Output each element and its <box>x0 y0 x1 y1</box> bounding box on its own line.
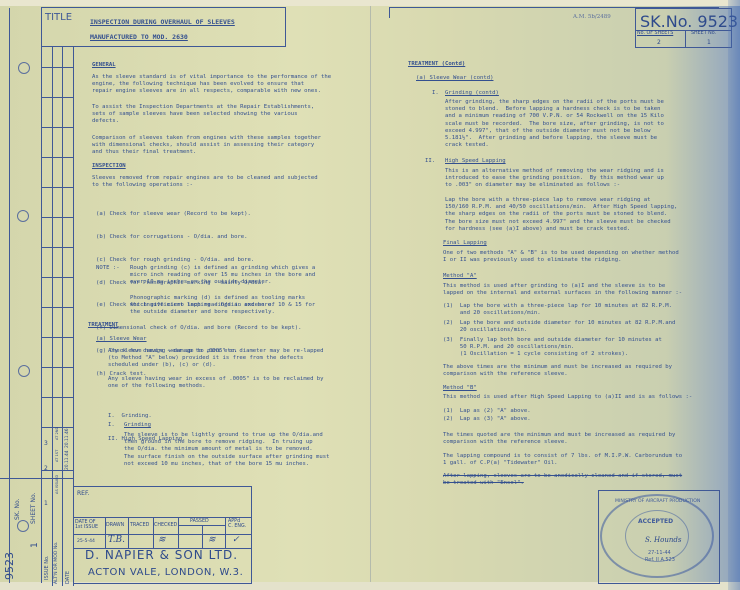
heading-method-b: Method "B" <box>443 385 477 392</box>
approved-label: APPd C. ENG. <box>228 519 246 529</box>
punch-hole <box>17 520 29 532</box>
alt-value-3: AT 2ND <box>55 427 59 440</box>
company-address: ACTON VALE, LONDON, W.3. <box>88 567 243 578</box>
heading-treatment-contd: TREATMENT (Contd) <box>408 61 465 68</box>
inspection-item: (b) Check for corrugations - O/dia. and … <box>96 234 301 242</box>
grid-line <box>41 307 73 308</box>
block-divider <box>178 517 179 548</box>
hsl-paragraph-2: Lap the bore with a three-piece lap to r… <box>445 197 677 233</box>
hsl-paragraph-1: This is an alternative method of removin… <box>445 168 664 190</box>
block-divider <box>225 517 226 548</box>
inspection-intro: Sleeves removed from repair engines are … <box>92 175 318 189</box>
approved-signature: ✓ <box>232 535 240 545</box>
grinding-number: I. <box>108 422 115 429</box>
stamp-ring-text: MINISTRY OF AIRCRAFT PRODUCTION <box>615 499 700 504</box>
stamp-date: 27-11-44 <box>648 550 671 556</box>
punch-hole <box>17 210 29 222</box>
stamp-reference: Ref. II A.523 <box>645 557 675 563</box>
block-divider <box>178 525 225 526</box>
stamp-signature: S. Hounds <box>645 536 681 544</box>
no-of-sheets-label: No. OF SHEETS <box>637 31 673 36</box>
hsl-number: II. <box>425 158 435 165</box>
block-divider <box>202 525 203 548</box>
title-label: TITLE <box>45 12 72 23</box>
struck-paragraph: After lapping, sleeves are to be anodica… <box>443 473 682 487</box>
date-value-2: 20.11.44 <box>65 450 70 470</box>
sk-number: SK.No. 9523 <box>640 12 738 31</box>
side-sheet-number: 1 <box>30 542 40 548</box>
note-label: NOTE :- <box>96 265 120 272</box>
heading-sleeve-wear: (a) Sleeve Wear <box>96 336 147 343</box>
inspection-item: (a) Check for sleeve wear (Record to be … <box>96 211 301 219</box>
sheet-no-label: SHEET No. <box>691 31 716 36</box>
heading-treatment: TREATMENT <box>88 322 118 329</box>
company-name: D. NAPIER & SON LTD. <box>85 548 238 562</box>
drawn-label: DRAWN <box>106 523 124 528</box>
side-sk-number: 9523 <box>3 552 16 580</box>
pencil-reference: A.M. 5b/2489 <box>573 14 611 21</box>
punch-hole <box>18 62 30 74</box>
grinding-contd-paragraph: After grinding, the sharp edges on the r… <box>445 99 664 149</box>
ref-label: REF. <box>77 490 89 497</box>
passed-label: PASSED <box>190 519 209 524</box>
grid-line <box>0 478 73 479</box>
document-title: INSPECTION DURING OVERHAUL OF SLEEVES <box>90 18 235 26</box>
times-paragraph-2: The times quoted are the minimum and mus… <box>443 432 675 446</box>
issue-3: 3 <box>44 440 48 447</box>
method-a-step: (1) Lap the bore with a three-piece lap … <box>443 303 672 317</box>
grid-line <box>41 217 73 218</box>
checked-label: CHECKED <box>154 523 177 528</box>
checked-signature: ≋ <box>158 535 166 545</box>
sleeve-wear-paragraph-1: Any sleeve having wear up to .0005" on d… <box>108 348 324 370</box>
document-subtitle: MANUFACTURED TO MOD. 2630 <box>90 33 188 41</box>
method-a-step: (2) Lap the bore and outside diameter fo… <box>443 320 675 334</box>
method-b-step: (1) Lap as (2) "A" above. <box>443 408 531 415</box>
heading-general: GENERAL <box>92 62 116 69</box>
final-lapping-paragraph: One of two methods "A" & "B" is to be us… <box>443 250 679 264</box>
side-sheet-label: SHEET No. <box>30 493 37 524</box>
grid-line <box>41 97 73 98</box>
grid-line <box>41 247 73 248</box>
note-paragraph-1: Rough grinding (c) is defined as grindin… <box>130 265 315 287</box>
general-paragraph-1: As the sleeve standard is of vital impor… <box>92 74 331 96</box>
inspection-item: (c) Check for rough grinding - O/dia. an… <box>96 257 301 265</box>
alt-value-1: AS ISSUED <box>55 475 59 494</box>
date-first-issue-label: DATE OF 1st ISSUE <box>75 520 98 530</box>
times-paragraph-1: The above times are the minimum and must… <box>443 364 672 378</box>
alt-value-2: AT 1ST <box>55 450 59 462</box>
issue-2: 2 <box>44 465 48 472</box>
method-b-step: (2) Lap as (3) "A" above. <box>443 416 531 423</box>
side-alt-label: ALT'N OR MOD No. <box>54 541 59 584</box>
heading-method-a: Method "A" <box>443 273 477 280</box>
traced-label: TRACED <box>130 523 149 528</box>
margin-line <box>9 8 10 583</box>
heading-final-lapping: Final Lapping <box>443 240 487 247</box>
grid-line <box>41 337 73 338</box>
drawn-initials: T.B. <box>108 535 125 545</box>
inspection-item: (f) Dimensional check of O/dia. and bore… <box>96 325 301 333</box>
method-item: I. Grinding. <box>108 413 185 421</box>
heading-grinding-contd: Grinding (contd) <box>445 90 499 97</box>
issue-1: 1 <box>44 500 48 507</box>
grinding-contd-number: I. <box>432 90 439 97</box>
grid-line <box>41 127 73 128</box>
general-paragraph-2: To assist the Inspection Departments at … <box>92 104 314 126</box>
heading-inspection: INSPECTION <box>92 163 126 170</box>
side-issue-label: ISSUE No. <box>44 555 50 580</box>
grinding-paragraph: The sleeve is to be lightly ground to tr… <box>124 432 329 468</box>
note-paragraph-2: Phonographic marking (d) is defined as t… <box>130 295 315 317</box>
blueprint-sheet: TITLE INSPECTION DURING OVERHAUL OF SLEE… <box>0 0 740 590</box>
heading-sleeve-wear-contd: (a) Sleeve Wear (contd) <box>416 75 493 82</box>
block-divider <box>105 517 106 548</box>
grid-line <box>41 367 73 368</box>
date-value-3: 20.11.46 <box>65 428 70 448</box>
grid-line <box>41 46 73 47</box>
sheet-no-value: 1 <box>707 39 711 46</box>
method-b-paragraph: This method is used after High Speed Lap… <box>443 394 692 401</box>
right-edge-fade <box>728 0 740 590</box>
method-a-paragraph: This method is used after grinding to (a… <box>443 283 682 297</box>
block-divider <box>128 517 129 548</box>
box-divider <box>685 30 686 47</box>
frame-tick <box>389 8 390 18</box>
title-box <box>41 7 286 47</box>
date-first-issue: 25-5-44 <box>77 539 95 544</box>
compound-paragraph: The lapping compound is to consist of 7 … <box>443 453 682 467</box>
block-divider <box>153 517 154 548</box>
heading-high-speed-lapping: High Speed Lapping <box>445 158 506 165</box>
passed-signature: ≋ <box>208 535 216 545</box>
no-of-sheets-value: 2 <box>657 39 661 46</box>
grid-line <box>41 187 73 188</box>
margin-line <box>41 8 42 583</box>
fold-line <box>370 6 371 582</box>
punch-hole <box>18 365 30 377</box>
stamp-center-text: ACCEPTED <box>638 518 673 525</box>
side-date-label: DATE <box>65 571 71 584</box>
general-paragraph-3: Comparison of sleeves taken from engines… <box>92 135 321 157</box>
side-sk-label: SK. No. <box>14 498 21 520</box>
grid-line <box>41 277 73 278</box>
sleeve-wear-paragraph-2: Any sleeve having wear in excess of .000… <box>108 376 324 390</box>
grid-line <box>41 397 73 398</box>
heading-grinding: Grinding <box>124 422 151 429</box>
grid-line <box>41 67 73 68</box>
method-a-step: (3) Finally lap both bore and outside di… <box>443 337 662 359</box>
grid-line <box>41 157 73 158</box>
